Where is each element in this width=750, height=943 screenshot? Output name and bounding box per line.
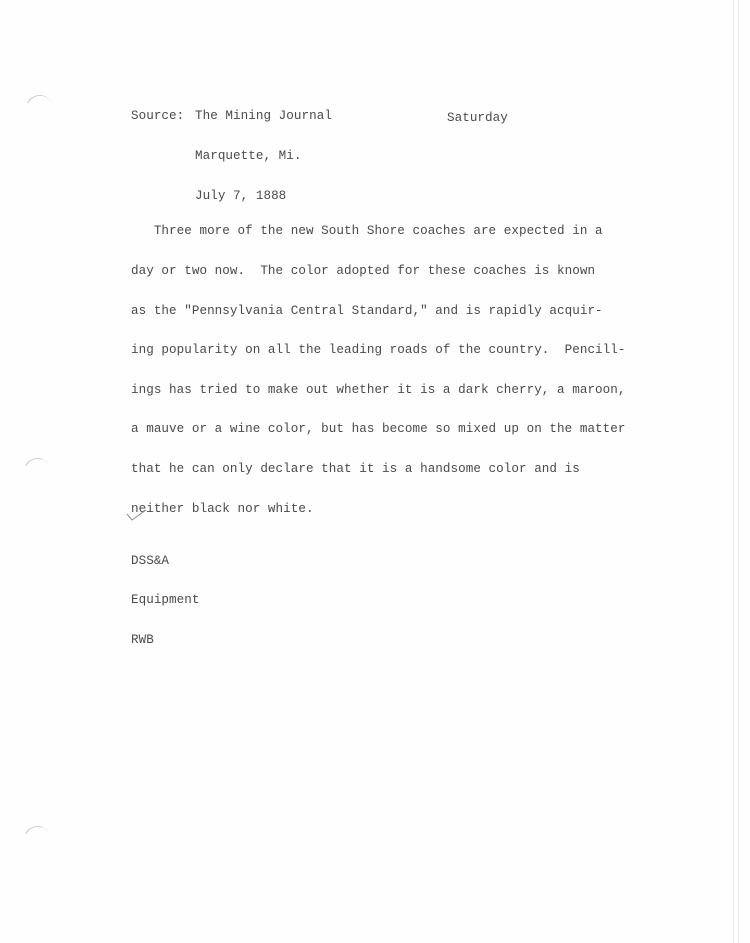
punch-hole-mark-middle [20,454,55,489]
body-line: as the "Pennsylvania Central Standard," … [131,305,591,318]
note-category: Equipment [131,594,199,607]
scan-edge-line [733,0,734,943]
punch-hole-mark-top [22,91,57,126]
note-initials: RWB [131,634,199,647]
source-publication: The Mining Journal [195,110,332,123]
body-line: day or two now. The color adopted for th… [131,265,591,278]
source-day: Saturday [447,112,508,125]
punch-hole-mark-bottom [20,822,55,857]
check-mark-icon [126,509,148,523]
body-line: ing popularity on all the leading roads … [131,344,591,357]
body-line: a mauve or a wine color, but has become … [131,423,591,436]
body-line: neither black nor white. [131,503,591,516]
document-page: Source: The Mining Journal Marquette, Mi… [0,0,750,943]
filing-notes: DSS&A Equipment RWB [131,515,199,673]
note-railroad: DSS&A [131,555,199,568]
source-label: Source: [131,110,195,123]
body-line: Three more of the new South Shore coache… [131,225,591,238]
body-line: ings has tried to make out whether it is… [131,384,591,397]
body-line: that he can only declare that it is a ha… [131,463,591,476]
article-body: Three more of the new South Shore coache… [131,199,591,542]
source-location: Marquette, Mi. [195,150,302,163]
scan-edge-line [738,0,739,943]
